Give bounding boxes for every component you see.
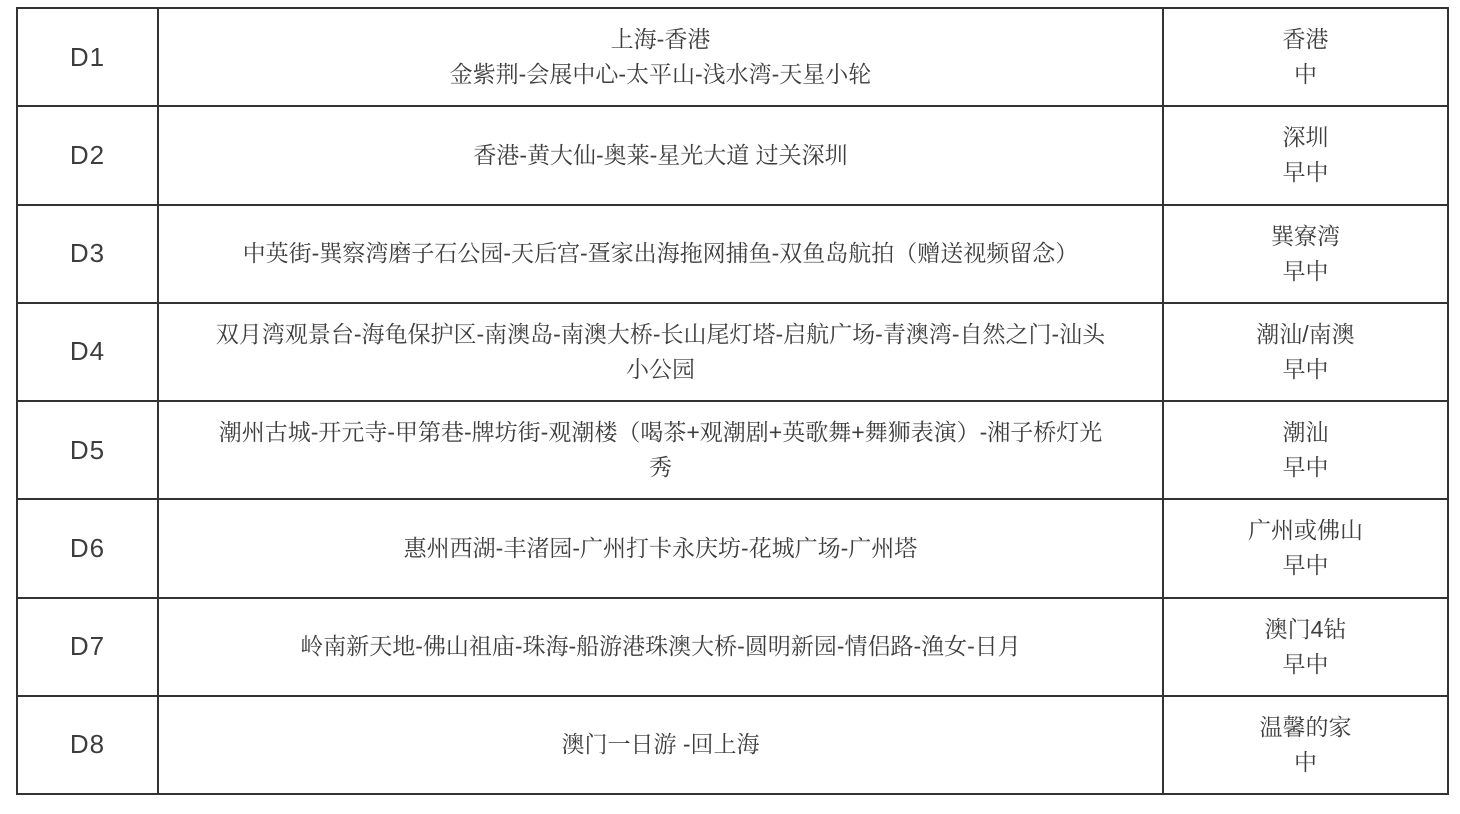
itinerary-line: 潮州古城-开元寺-甲第巷-牌坊街-观潮楼（喝茶+观潮剧+英歌舞+舞狮表演）-湘子…: [169, 415, 1152, 450]
itinerary-line: 上海-香港: [169, 22, 1152, 57]
stay-meals-cell: 巽寮湾 早中: [1163, 205, 1448, 303]
itinerary-line: 双月湾观景台-海龟保护区-南澳岛-南澳大桥-长山尾灯塔-启航广场-青澳湾-自然之…: [169, 317, 1152, 352]
table-row-d3: D3 中英街-巽察湾磨子石公园-天后宫-疍家出海拖网捕鱼-双鱼岛航拍（赠送视频留…: [17, 205, 1448, 303]
stay-meals-cell: 广州或佛山 早中: [1163, 499, 1448, 597]
stay-city: 潮汕: [1170, 415, 1441, 450]
table-row-d6: D6 惠州西湖-丰渚园-广州打卡永庆坊-花城广场-广州塔 广州或佛山 早中: [17, 499, 1448, 597]
stay-city: 深圳: [1170, 120, 1441, 155]
itinerary-line: 中英街-巽察湾磨子石公园-天后宫-疍家出海拖网捕鱼-双鱼岛航拍（赠送视频留念）: [169, 236, 1152, 271]
itinerary-cell: 双月湾观景台-海龟保护区-南澳岛-南澳大桥-长山尾灯塔-启航广场-青澳湾-自然之…: [158, 303, 1163, 401]
itinerary-table: D1 上海-香港 金紫荆-会展中心-太平山-浅水湾-天星小轮 香港 中 D2 香…: [16, 7, 1449, 795]
stay-meals-cell: 香港 中: [1163, 8, 1448, 106]
meals: 早中: [1170, 450, 1441, 485]
day-label: D3: [70, 238, 105, 268]
itinerary-cell: 岭南新天地-佛山祖庙-珠海-船游港珠澳大桥-圆明新园-情侣路-渔女-日月: [158, 598, 1163, 696]
meals: 中: [1170, 745, 1441, 780]
day-cell: D7: [17, 598, 158, 696]
itinerary-line: 澳门一日游 -回上海: [169, 727, 1152, 762]
day-cell: D1: [17, 8, 158, 106]
stay-city: 巽寮湾: [1170, 219, 1441, 254]
itinerary-line: 岭南新天地-佛山祖庙-珠海-船游港珠澳大桥-圆明新园-情侣路-渔女-日月: [169, 629, 1152, 664]
day-label: D2: [70, 140, 105, 170]
stay-meals-cell: 潮汕/南澳 早中: [1163, 303, 1448, 401]
itinerary-line: 香港-黄大仙-奥莱-星光大道 过关深圳: [169, 138, 1152, 173]
stay-meals-cell: 潮汕 早中: [1163, 401, 1448, 499]
itinerary-cell: 澳门一日游 -回上海: [158, 696, 1163, 794]
stay-city: 广州或佛山: [1170, 513, 1441, 548]
table-row-d7: D7 岭南新天地-佛山祖庙-珠海-船游港珠澳大桥-圆明新园-情侣路-渔女-日月 …: [17, 598, 1448, 696]
table-row-d2: D2 香港-黄大仙-奥莱-星光大道 过关深圳 深圳 早中: [17, 106, 1448, 204]
itinerary-cell: 上海-香港 金紫荆-会展中心-太平山-浅水湾-天星小轮: [158, 8, 1163, 106]
itinerary-cell: 潮州古城-开元寺-甲第巷-牌坊街-观潮楼（喝茶+观潮剧+英歌舞+舞狮表演）-湘子…: [158, 401, 1163, 499]
day-label: D6: [70, 533, 105, 563]
meals: 早中: [1170, 155, 1441, 190]
meals: 中: [1170, 57, 1441, 92]
table-row-d8: D8 澳门一日游 -回上海 温馨的家 中: [17, 696, 1448, 794]
itinerary-cell: 惠州西湖-丰渚园-广州打卡永庆坊-花城广场-广州塔: [158, 499, 1163, 597]
day-cell: D2: [17, 106, 158, 204]
day-cell: D8: [17, 696, 158, 794]
table-row-d4: D4 双月湾观景台-海龟保护区-南澳岛-南澳大桥-长山尾灯塔-启航广场-青澳湾-…: [17, 303, 1448, 401]
stay-meals-cell: 澳门4钻 早中: [1163, 598, 1448, 696]
table-row-d5: D5 潮州古城-开元寺-甲第巷-牌坊街-观潮楼（喝茶+观潮剧+英歌舞+舞狮表演）…: [17, 401, 1448, 499]
meals: 早中: [1170, 548, 1441, 583]
day-label: D1: [70, 42, 105, 72]
day-cell: D4: [17, 303, 158, 401]
itinerary-table-container: D1 上海-香港 金紫荆-会展中心-太平山-浅水湾-天星小轮 香港 中 D2 香…: [16, 7, 1449, 795]
meals: 早中: [1170, 254, 1441, 289]
day-label: D7: [70, 631, 105, 661]
stay-city: 潮汕/南澳: [1170, 317, 1441, 352]
stay-meals-cell: 深圳 早中: [1163, 106, 1448, 204]
itinerary-line: 小公园: [169, 352, 1152, 387]
itinerary-cell: 香港-黄大仙-奥莱-星光大道 过关深圳: [158, 106, 1163, 204]
itinerary-line: 秀: [169, 450, 1152, 485]
itinerary-line: 惠州西湖-丰渚园-广州打卡永庆坊-花城广场-广州塔: [169, 531, 1152, 566]
stay-meals-cell: 温馨的家 中: [1163, 696, 1448, 794]
stay-city: 香港: [1170, 22, 1441, 57]
day-label: D8: [70, 729, 105, 759]
day-label: D5: [70, 435, 105, 465]
table-row-d1: D1 上海-香港 金紫荆-会展中心-太平山-浅水湾-天星小轮 香港 中: [17, 8, 1448, 106]
itinerary-cell: 中英街-巽察湾磨子石公园-天后宫-疍家出海拖网捕鱼-双鱼岛航拍（赠送视频留念）: [158, 205, 1163, 303]
meals: 早中: [1170, 647, 1441, 682]
day-cell: D5: [17, 401, 158, 499]
day-cell: D3: [17, 205, 158, 303]
stay-city: 温馨的家: [1170, 710, 1441, 745]
day-cell: D6: [17, 499, 158, 597]
stay-city: 澳门4钻: [1170, 612, 1441, 647]
itinerary-line: 金紫荆-会展中心-太平山-浅水湾-天星小轮: [169, 57, 1152, 92]
day-label: D4: [70, 336, 105, 366]
meals: 早中: [1170, 352, 1441, 387]
